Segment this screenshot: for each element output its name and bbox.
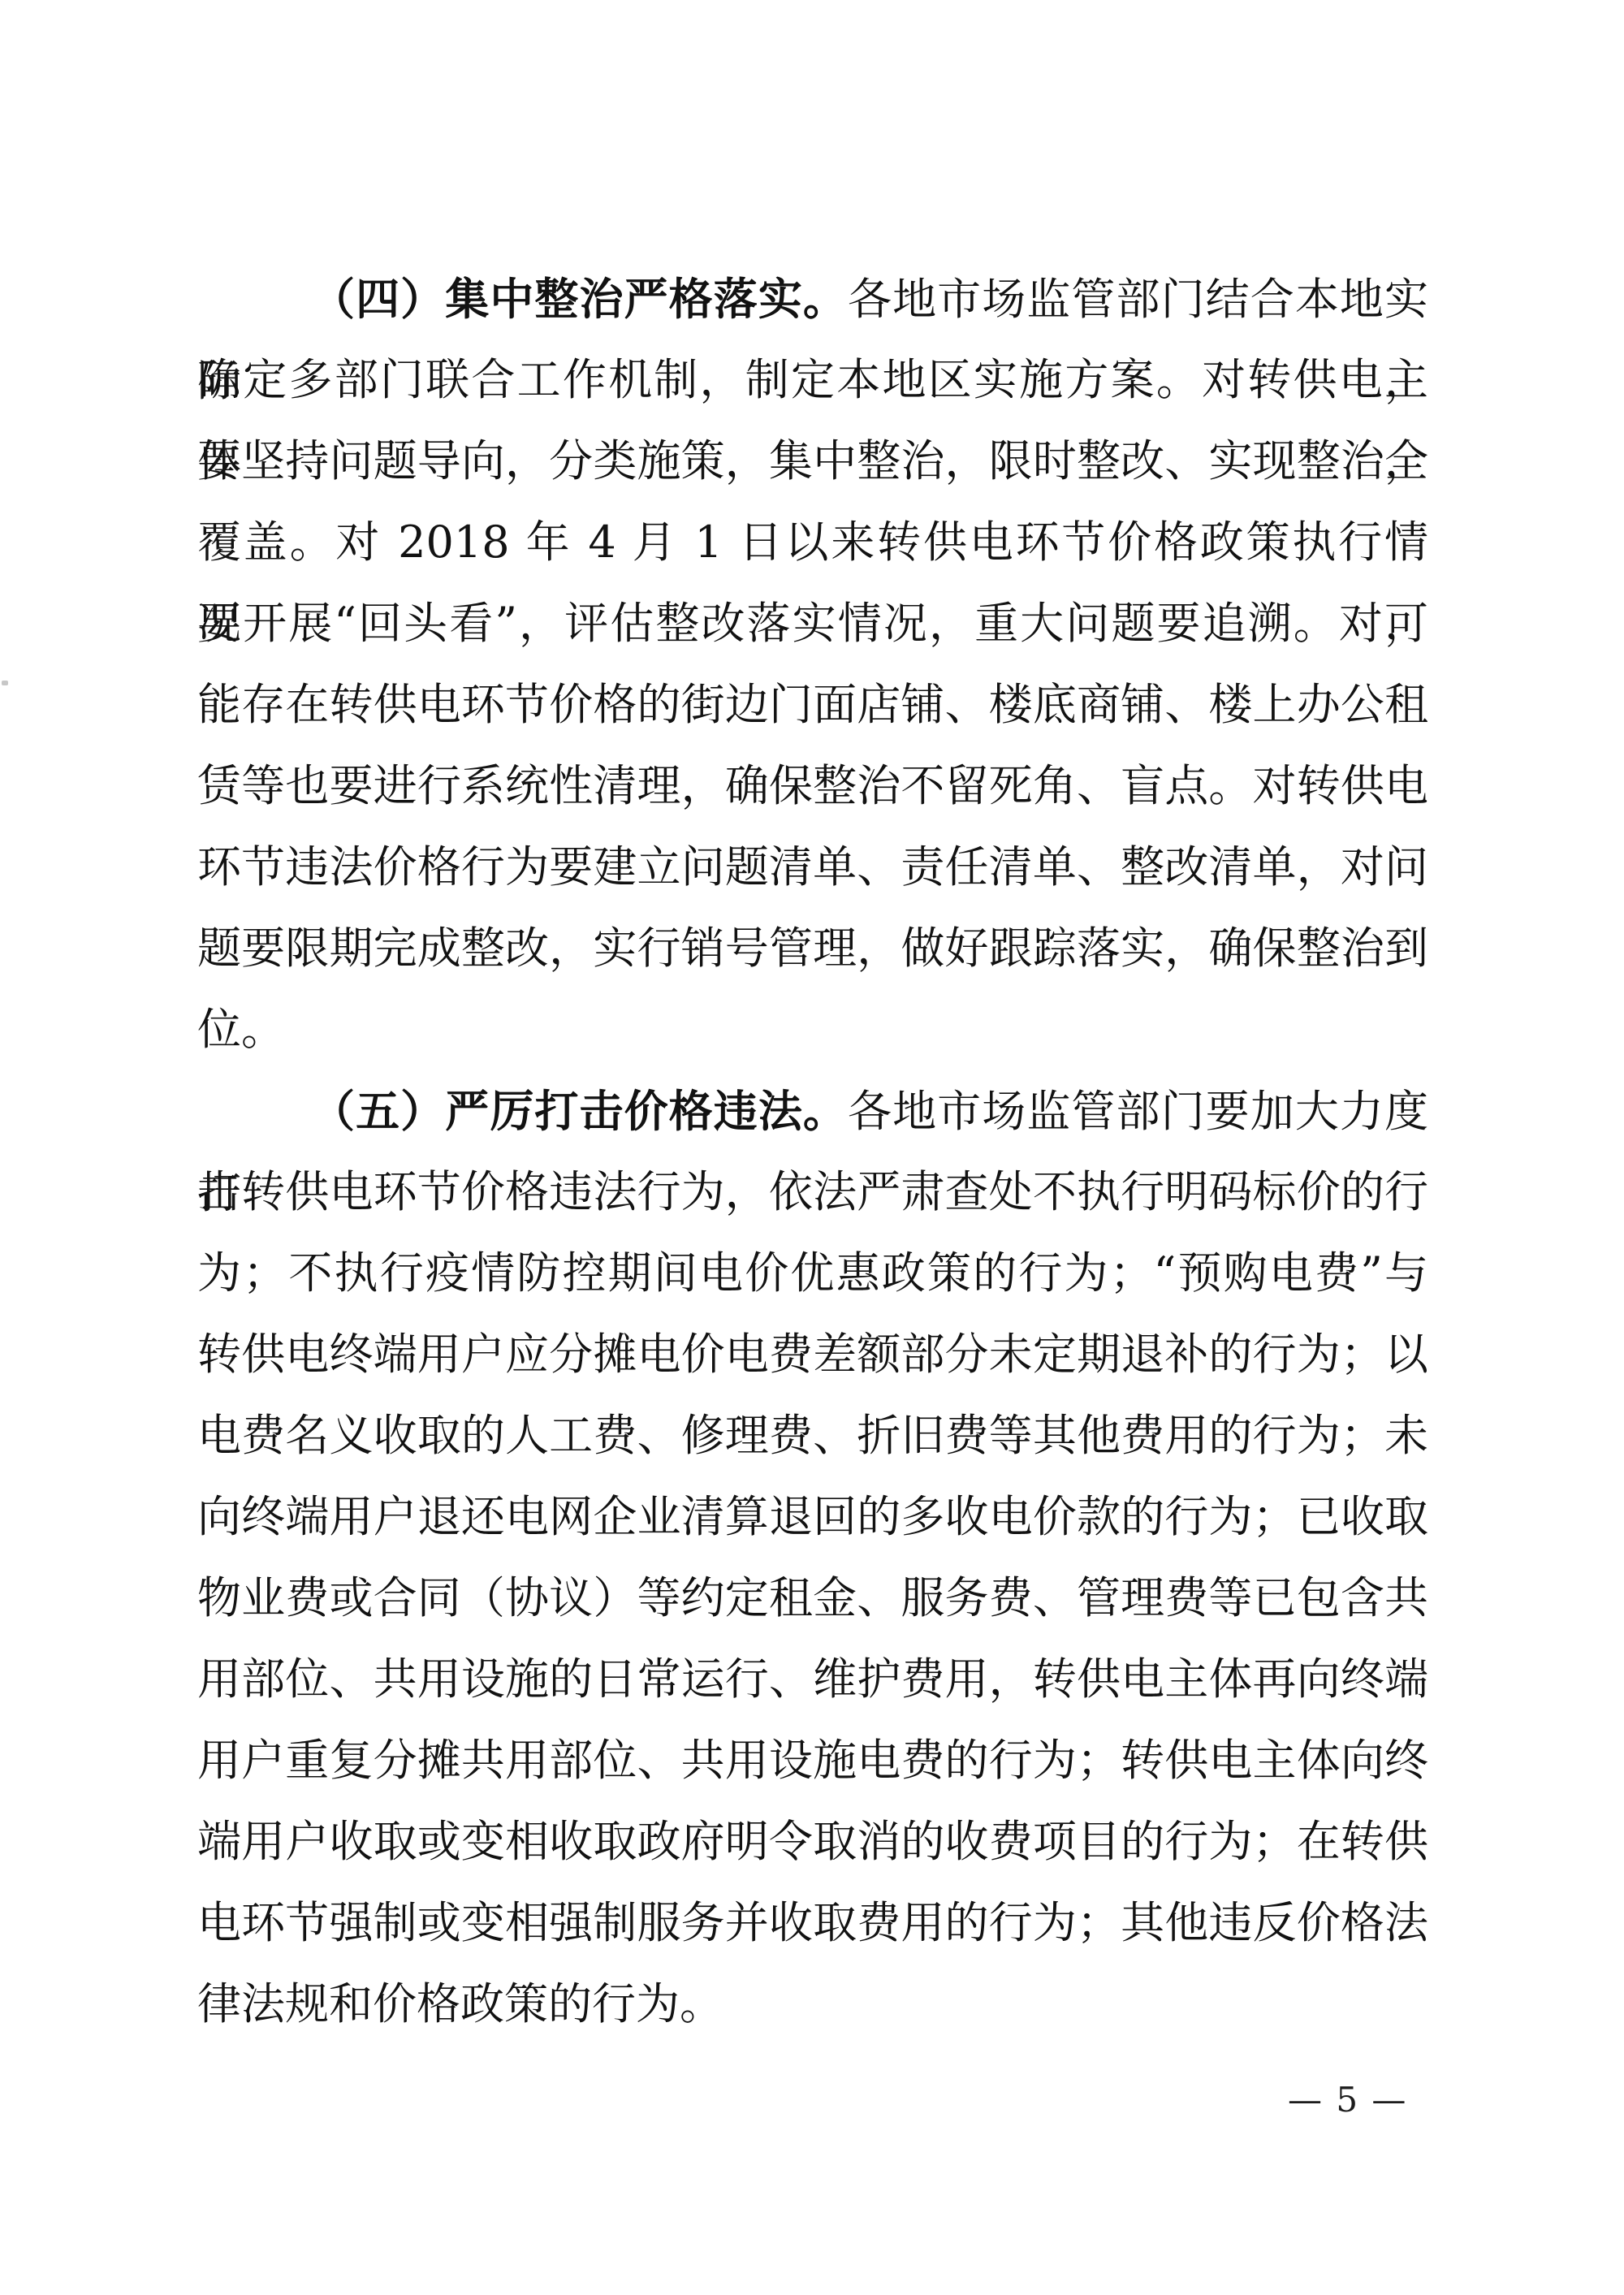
- text-line: 位。: [197, 989, 1428, 1070]
- text-line: 用部位、共用设施的日常运行、维护费用，转供电主体再向终端: [197, 1639, 1428, 1720]
- text-segment: 用部位、共用设施的日常运行、维护费用，转供电主体再向终端: [197, 1653, 1428, 1705]
- text-segment: 赁等也要进行系统性清理，确保整治不留死角、盲点。对转供电: [197, 760, 1428, 811]
- text-segment-bold: （五）严厉打击价格违法。: [311, 1085, 848, 1137]
- text-line: 要坚持问题导向，分类施策，集中整治，限时整改、实现整治全: [197, 421, 1428, 502]
- text-segment: 电费名义收取的人工费、修理费、折旧费等其他费用的行为；未: [197, 1410, 1428, 1461]
- text-line: 用户重复分摊共用部位、共用设施电费的行为；转供电主体向终: [197, 1720, 1428, 1801]
- text-line: 题要限期完成整改，实行销号管理，做好跟踪落实，确保整治到: [197, 908, 1428, 989]
- text-line: 为；不执行疫情防控期间电价优惠政策的行为；“预购电费”与: [197, 1233, 1428, 1314]
- text-line: 环节违法价格行为要建立问题清单、责任清单、整改清单，对问: [197, 827, 1428, 908]
- text-segment: 物业费或合同（协议）等约定租金、服务费、管理费等已包含共: [197, 1572, 1428, 1623]
- document-page: （四）集中整治严格落实。各地市场监管部门结合本地实际，确定多部门联合工作机制，制…: [0, 0, 1624, 2295]
- scan-artifact: [2, 681, 8, 685]
- text-segment: 律法规和价格政策的行为。: [197, 1978, 723, 2029]
- text-segment: 端用户收取或变相收取政府明令取消的收费项目的行为；在转供: [197, 1816, 1428, 1867]
- text-line: （五）严厉打击价格违法。各地市场监管部门要加大力度打: [197, 1070, 1428, 1152]
- text-line: 赁等也要进行系统性清理，确保整治不留死角、盲点。对转供电: [197, 746, 1428, 827]
- text-line: 转供电终端用户应分摊电价电费差额部分未定期退补的行为；以: [197, 1314, 1428, 1395]
- text-line: 端用户收取或变相收取政府明令取消的收费项目的行为；在转供: [197, 1801, 1428, 1882]
- text-line: 律法规和价格政策的行为。: [197, 1964, 1428, 2045]
- text-segment: 击转供电环节价格违法行为，依法严肃查处不执行明码标价的行: [197, 1166, 1428, 1217]
- text-line: 能存在转供电环节价格的街边门面店铺、楼底商铺、楼上办公租: [197, 664, 1428, 746]
- text-line: 物业费或合同（协议）等约定租金、服务费、管理费等已包含共: [197, 1558, 1428, 1639]
- text-line: 击转供电环节价格违法行为，依法严肃查处不执行明码标价的行: [197, 1152, 1428, 1233]
- text-segment-bold: （四）集中整治严格落实。: [311, 273, 848, 325]
- text-segment: 位。: [197, 1004, 285, 1055]
- page-number: — 5 —: [1288, 2076, 1407, 2124]
- text-line: 覆盖。对 2018 年 4 月 1 日以来转供电环节价格政策执行情况，: [197, 502, 1428, 583]
- text-line: 向终端用户退还电网企业清算退回的多收电价款的行为；已收取: [197, 1476, 1428, 1558]
- text-line: 确定多部门联合工作机制，制定本地区实施方案。对转供电主体，: [197, 339, 1428, 421]
- text-line: 要开展“回头看”，评估整改落实情况，重大问题要追溯。对可: [197, 583, 1428, 664]
- text-segment: 环节违法价格行为要建立问题清单、责任清单、整改清单，对问: [197, 841, 1428, 892]
- text-segment: 向终端用户退还电网企业清算退回的多收电价款的行为；已收取: [197, 1491, 1428, 1542]
- text-segment: 转供电终端用户应分摊电价电费差额部分未定期退补的行为；以: [197, 1329, 1428, 1380]
- document-body: （四）集中整治严格落实。各地市场监管部门结合本地实际，确定多部门联合工作机制，制…: [197, 258, 1428, 2045]
- text-line: （四）集中整治严格落实。各地市场监管部门结合本地实际，: [197, 258, 1428, 339]
- text-segment: 能存在转供电环节价格的街边门面店铺、楼底商铺、楼上办公租: [197, 679, 1428, 730]
- text-segment: 用户重复分摊共用部位、共用设施电费的行为；转供电主体向终: [197, 1735, 1428, 1786]
- text-segment: 电环节强制或变相强制服务并收取费用的行为；其他违反价格法: [197, 1897, 1428, 1948]
- text-line: 电环节强制或变相强制服务并收取费用的行为；其他违反价格法: [197, 1882, 1428, 1964]
- text-segment: 题要限期完成整改，实行销号管理，做好跟踪落实，确保整治到: [197, 923, 1428, 974]
- text-segment: 为；不执行疫情防控期间电价优惠政策的行为；“预购电费”与: [197, 1247, 1428, 1299]
- text-line: 电费名义收取的人工费、修理费、折旧费等其他费用的行为；未: [197, 1395, 1428, 1476]
- text-segment: 要开展“回头看”，评估整改落实情况，重大问题要追溯。对可: [197, 598, 1428, 649]
- text-segment: 要坚持问题导向，分类施策，集中整治，限时整改、实现整治全: [197, 435, 1428, 486]
